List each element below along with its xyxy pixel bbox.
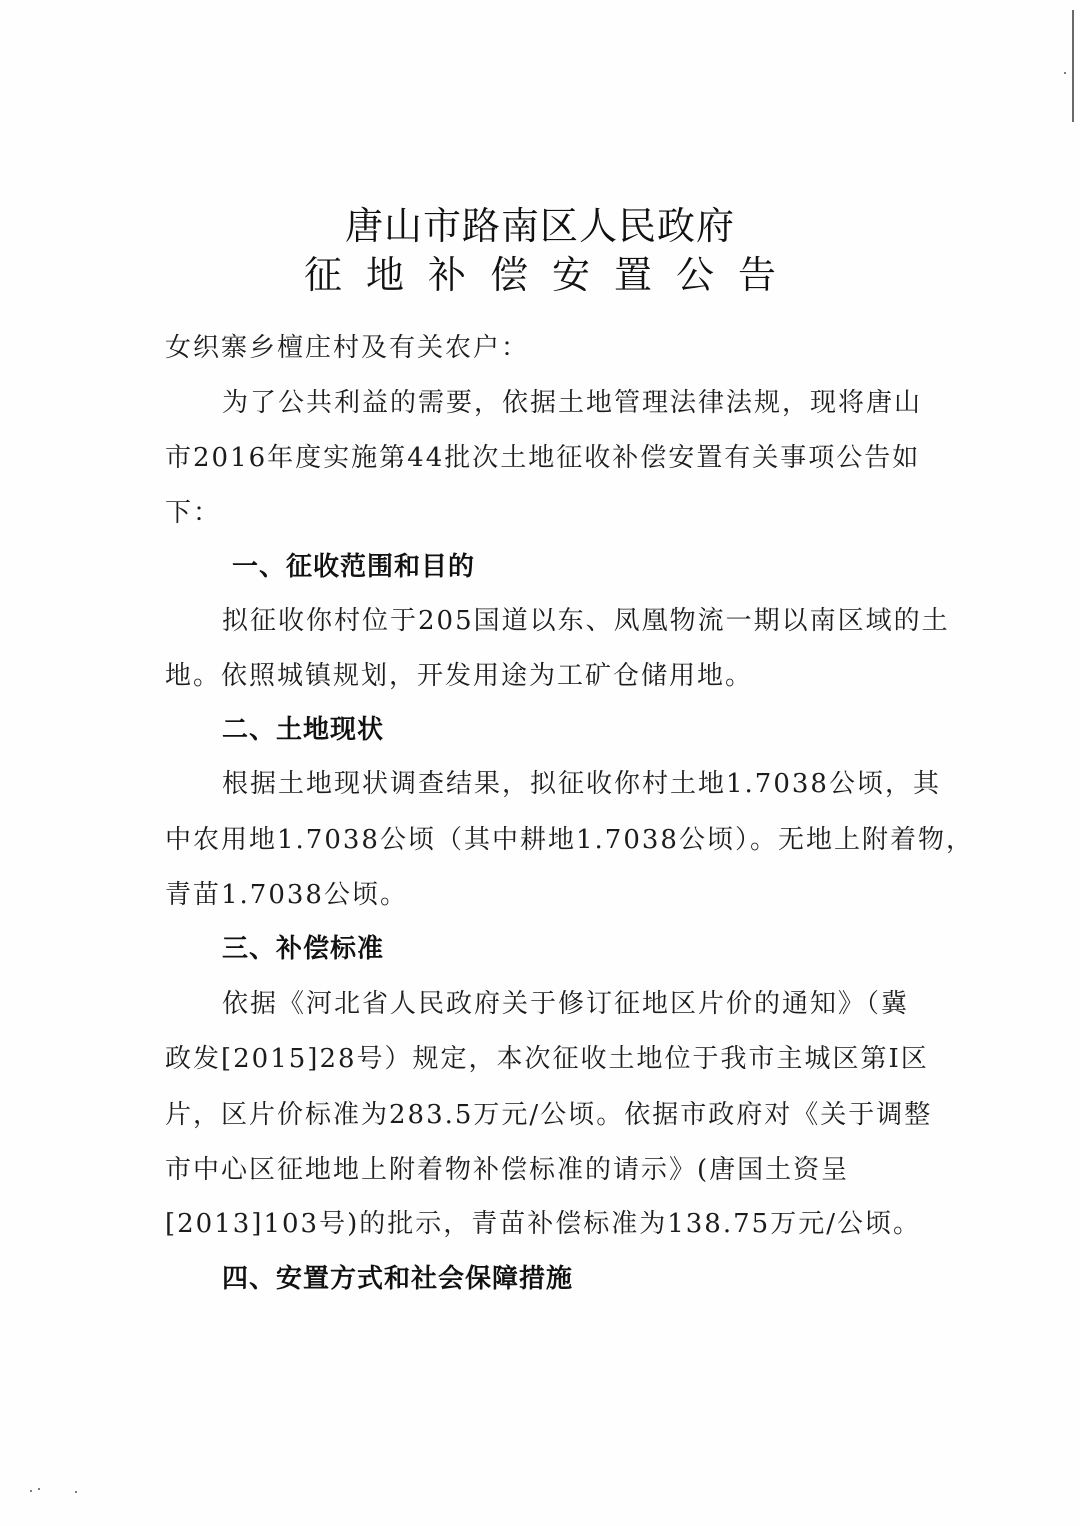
document-title-line1: 唐山市路南区人民政府 bbox=[0, 195, 1080, 250]
section-heading-1: 一、征收范围和目的 bbox=[232, 551, 475, 583]
section-2-line: 中农用地1.7038公顷（其中耕地1.7038公顷）。无地上附着物， bbox=[165, 824, 974, 856]
section-1-line: 拟征收你村位于205国道以东、凤凰物流一期以南区域的土 bbox=[222, 605, 950, 637]
section-3-line: [2013]103号)的批示，青苗补偿标准为138.75万元/公顷。 bbox=[165, 1208, 921, 1240]
section-heading-3: 三、补偿标准 bbox=[222, 933, 384, 965]
scan-speck bbox=[75, 1491, 77, 1493]
section-3-line: 市中心区征地地上附着物补偿标准的请示》(唐国土资呈 bbox=[165, 1154, 849, 1186]
section-3-line: 依据《河北省人民政府关于修订征地区片价的通知》（冀 bbox=[222, 988, 909, 1020]
section-3-line: 政发[2015]28号）规定，本次征收土地位于我市主城区第Ⅰ区 bbox=[165, 1043, 929, 1075]
intro-line: 市2016年度实施第44批次土地征收补偿安置有关事项公告如 bbox=[165, 442, 920, 474]
section-2-line: 根据土地现状调查结果，拟征收你村土地1.7038公顷，其 bbox=[222, 768, 941, 800]
salutation: 女织寨乡檀庄村及有关农户： bbox=[165, 332, 529, 364]
section-heading-2: 二、土地现状 bbox=[222, 714, 384, 746]
intro-line: 为了公共利益的需要，依据土地管理法律法规，现将唐山 bbox=[222, 387, 922, 419]
scan-speck bbox=[38, 1488, 40, 1490]
section-heading-4: 四、安置方式和社会保障措施 bbox=[222, 1263, 573, 1295]
section-2-line: 青苗1.7038公顷。 bbox=[165, 879, 408, 911]
intro-line: 下： bbox=[165, 497, 221, 529]
section-1-line: 地。依照城镇规划，开发用途为工矿仓储用地。 bbox=[165, 660, 753, 692]
section-3-line: 片，区片价标准为283.5万元/公顷。依据市政府对《关于调整 bbox=[165, 1099, 932, 1131]
scan-edge-line bbox=[1072, 10, 1074, 122]
scanned-document-page: 唐山市路南区人民政府 征地补偿安置公告 女织寨乡檀庄村及有关农户： 为了公共利益… bbox=[0, 0, 1080, 1526]
document-title-line2: 征地补偿安置公告 bbox=[0, 244, 1080, 299]
scan-speck bbox=[30, 1490, 32, 1492]
scan-speck bbox=[1064, 72, 1066, 74]
